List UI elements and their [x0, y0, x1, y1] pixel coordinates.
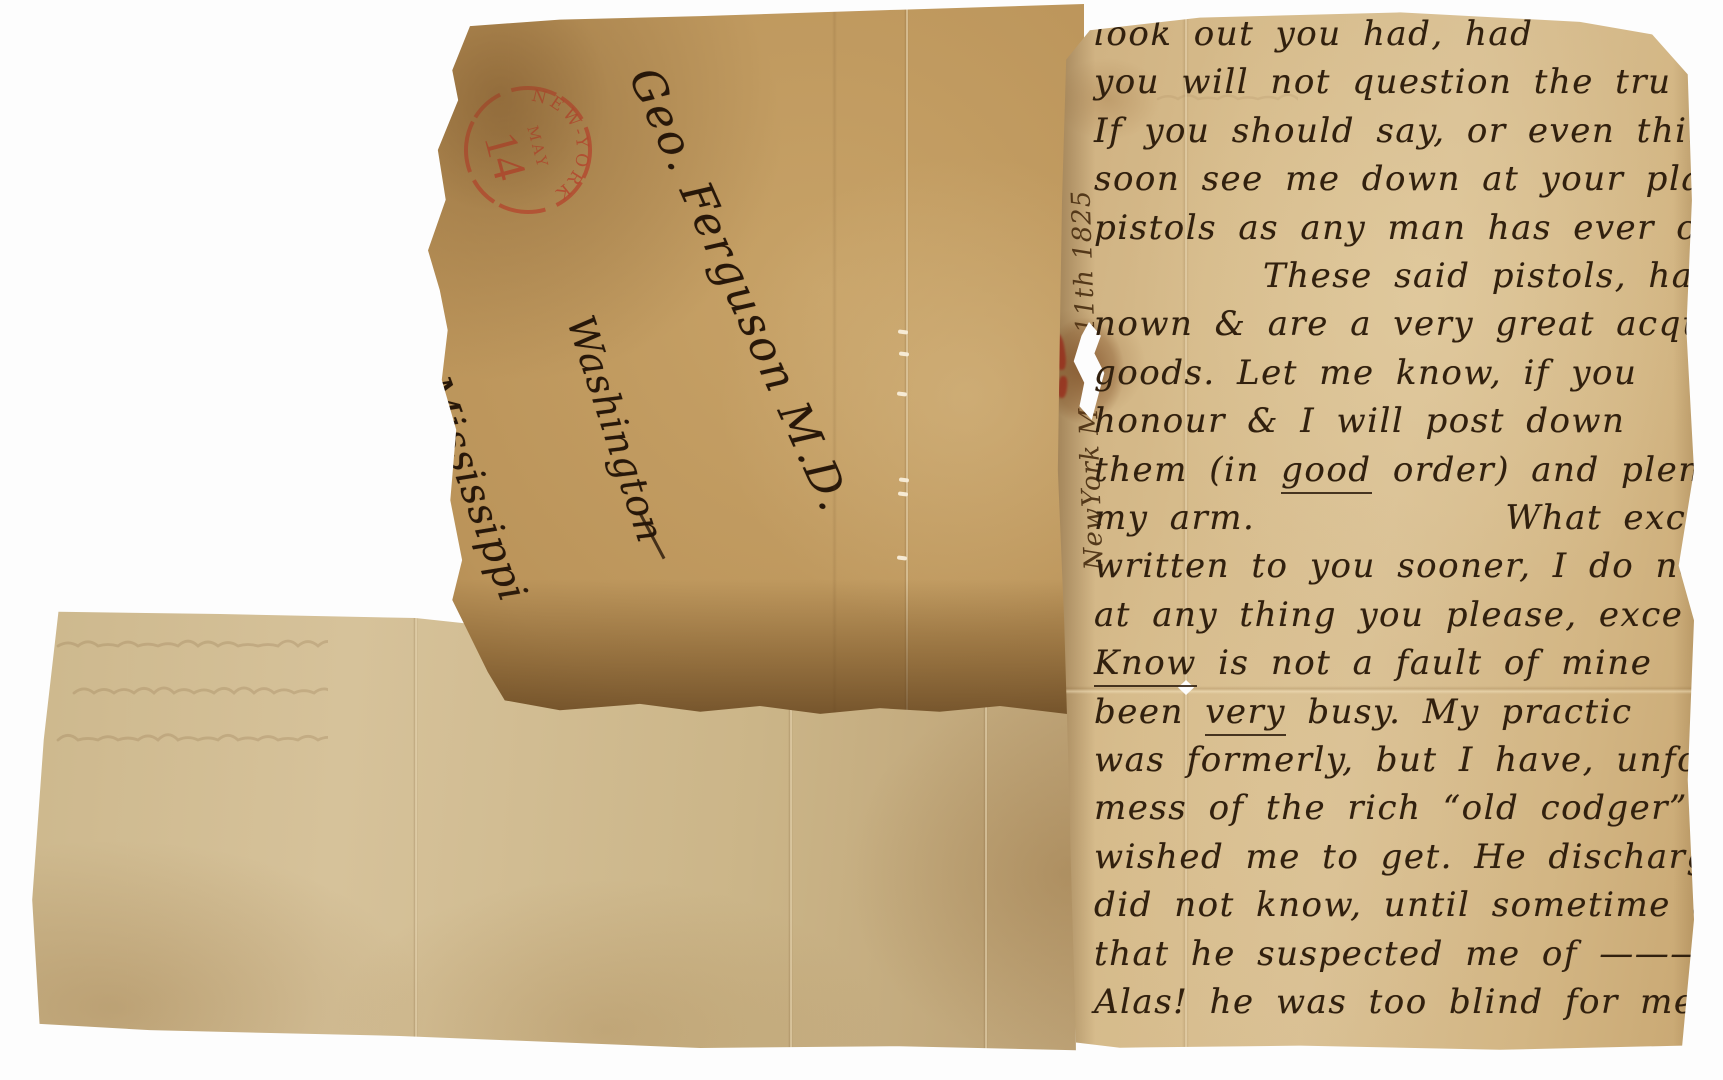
- letter-text-segment: nown & are a very great acqu: [1094, 304, 1694, 344]
- letter-line: Know is not a fault of mine: [1094, 643, 1652, 683]
- letter-text-segment: goods. Let me know, if you: [1094, 353, 1637, 393]
- letter-text-segment: mess of the rich “old codger” on: [1094, 788, 1694, 828]
- paper-stain: [428, 4, 668, 264]
- letter-text-segment: If you should say, or even thin: [1094, 111, 1694, 151]
- letter-line: soon see me down at your plac: [1094, 159, 1694, 199]
- stitch-hole: [897, 555, 907, 560]
- letter-text-segment: been: [1094, 692, 1205, 732]
- letter-line: was formerly, but I have, unfo: [1094, 740, 1694, 780]
- stitch-hole: [898, 491, 908, 496]
- letter-text-segment: very: [1205, 692, 1286, 736]
- letter-text-segment: soon see me down at your plac: [1094, 159, 1694, 199]
- stitch-hole: [899, 477, 909, 482]
- letter-text-segment: that he suspected me of: [1094, 934, 1599, 974]
- stitch-hole: [899, 351, 909, 356]
- fold-crease-left: [413, 606, 418, 1052]
- letter-line: Alas! he was too blind for me: [1094, 982, 1694, 1022]
- letter-line: mess of the rich “old codger” on: [1094, 788, 1694, 828]
- letter-line: my arm.What excus: [1094, 498, 1694, 538]
- address-leaf: NEW-YORK MAY 14: [428, 4, 1084, 716]
- letter-text-segment: written to you sooner, I do no: [1094, 546, 1694, 586]
- letter-line: wished me to get. He discharged: [1094, 837, 1694, 877]
- letter-line: written to you sooner, I do no: [1094, 546, 1694, 586]
- letter-line: honour & I will post down: [1094, 401, 1625, 441]
- letter-text-segment: my arm.: [1094, 498, 1255, 538]
- letter-text-segment: was formerly, but I have, unfo: [1094, 740, 1694, 780]
- letter-line: goods. Let me know, if you: [1094, 353, 1637, 393]
- letter-text-segment: Know: [1094, 643, 1197, 687]
- ghost-writing-show-through: [28, 606, 328, 756]
- letter-text-segment: them (in: [1094, 450, 1281, 490]
- paper-stain-bottom: [428, 579, 1084, 716]
- letter-text-segment: These said pistols, have: [1263, 256, 1694, 296]
- letter-line: did not know, until sometime afte: [1094, 885, 1694, 925]
- letter-text-segment: is not a fault of mine: [1197, 643, 1652, 683]
- letter-text-segment: wished me to get. He discharged: [1094, 837, 1694, 877]
- stitch-hole: [898, 329, 908, 334]
- letter-text-segment: What excus: [1505, 498, 1694, 538]
- letter-page: NewYork M 11th 1825 look out you had, ha…: [998, 4, 1694, 1054]
- letter-line: pistols as any man has ever co: [1094, 208, 1694, 248]
- letter-line: at any thing you please, exce: [1094, 595, 1683, 635]
- letter-line: been very busy. My practic: [1094, 692, 1632, 732]
- letter-line: you will not question the tru: [1094, 62, 1672, 102]
- letter-text-segment: did not know, until sometime afte: [1094, 885, 1694, 925]
- address-city: Washington: [558, 310, 673, 548]
- letter-text-segment: ————: [1599, 934, 1694, 974]
- letter-line: nown & are a very great acqu: [1094, 304, 1694, 344]
- letter-text-segment: busy. My practic: [1286, 692, 1632, 732]
- letter-lines: look out you had, hadyou will not questi…: [998, 4, 1694, 1054]
- letter-line: If you should say, or even thin: [1094, 111, 1694, 151]
- letter-text-segment: look out you had, had: [1094, 14, 1533, 54]
- letter-text-segment: order) and plen: [1372, 450, 1694, 490]
- stitch-hole: [897, 391, 907, 396]
- scanned-letter-document: NEW-YORK MAY 14: [0, 0, 1723, 1080]
- letter-text-segment: honour & I will post down: [1094, 401, 1625, 441]
- address-state: Mississippi: [412, 370, 536, 608]
- letter-line: These said pistols, have: [1263, 256, 1694, 296]
- letter-text-segment: pistols as any man has ever co: [1094, 208, 1694, 248]
- letter-line: that he suspected me of ————: [1094, 934, 1694, 974]
- letter-text-segment: good: [1281, 450, 1371, 494]
- letter-text-segment: at any thing you please, exce: [1094, 595, 1683, 635]
- letter-text-segment: Alas! he was too blind for me: [1094, 982, 1694, 1022]
- letter-text-segment: you will not question the tru: [1094, 62, 1672, 102]
- letter-line: look out you had, had: [1094, 14, 1533, 54]
- letter-line: them (in good order) and plen: [1094, 450, 1694, 490]
